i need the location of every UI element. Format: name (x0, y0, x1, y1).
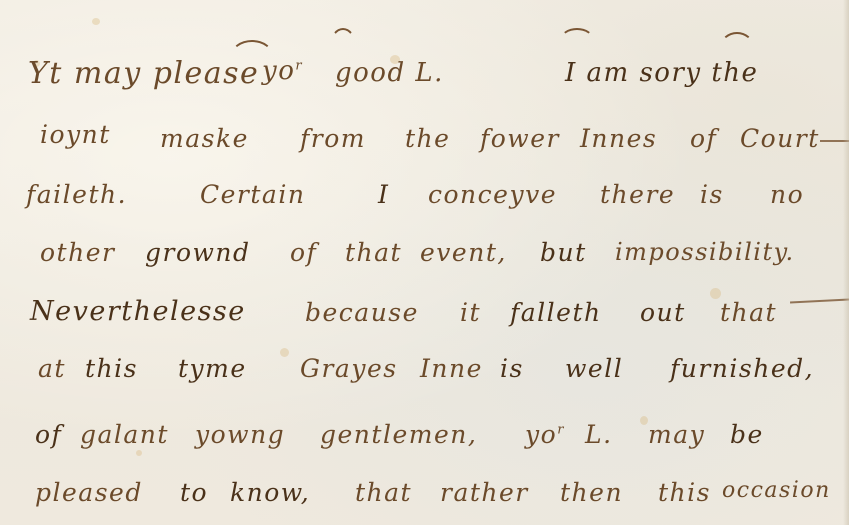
page-edge-shadow (843, 0, 849, 525)
word: of (690, 124, 717, 153)
word: then (560, 478, 623, 507)
line-filler-stroke (790, 298, 849, 303)
foxing-spot (640, 416, 648, 425)
word: Neverthelesse (30, 296, 246, 327)
word: Inne (420, 354, 483, 383)
ascender-flourish (560, 28, 594, 52)
word: Innes (580, 124, 657, 153)
ascender-flourish (230, 40, 274, 74)
word: from (300, 124, 366, 153)
yor-abbrev: yo (525, 420, 557, 449)
yor-superscript: r (295, 58, 303, 73)
line-1-good-lordship: good L. (335, 58, 444, 88)
word: fower (480, 124, 560, 153)
word: know, (230, 478, 310, 507)
word: is (500, 354, 524, 383)
word: no (770, 180, 804, 209)
word: well (565, 354, 623, 383)
word: Certain (200, 180, 305, 209)
word: out (640, 298, 686, 327)
word: occasion (722, 478, 831, 503)
word: of (290, 238, 317, 267)
word: that (720, 298, 777, 327)
word: other (40, 238, 115, 267)
ascender-flourish (720, 32, 754, 62)
line-1-opening: Yt may please (28, 56, 259, 91)
word: gentlemen, (320, 420, 477, 449)
word: that (355, 478, 412, 507)
word: at (38, 354, 66, 383)
word: it (460, 298, 481, 327)
word: is (700, 180, 724, 209)
word: pleased (35, 478, 143, 507)
word: Grayes (300, 354, 398, 383)
word: this (85, 354, 138, 383)
yor-superscript: r (557, 423, 565, 438)
manuscript-page: Yt may please yor good L. I am sory the … (0, 0, 849, 525)
word: this (658, 478, 711, 507)
word: faileth. (26, 180, 127, 209)
word: to (180, 478, 208, 507)
word: be (730, 420, 764, 449)
word: yowng (195, 420, 285, 449)
word: there (600, 180, 675, 209)
word: of (35, 420, 62, 449)
word: may (648, 420, 705, 449)
word: maske (160, 124, 249, 153)
word: but (540, 238, 587, 267)
foxing-spot (92, 18, 100, 25)
word: ioynt (40, 120, 111, 149)
word: Court (740, 124, 820, 153)
word: that (345, 238, 402, 267)
word: the (405, 124, 450, 153)
foxing-spot (136, 450, 142, 456)
word: grownd (145, 238, 251, 267)
word: impossibility. (615, 238, 795, 266)
word: tyme (178, 354, 247, 383)
word: galant (80, 420, 169, 449)
ascender-flourish (330, 28, 356, 62)
foxing-spot (280, 348, 289, 357)
word: because (305, 298, 419, 327)
word: I (378, 180, 389, 209)
word: rather (440, 478, 529, 507)
word: conceyve (428, 180, 557, 209)
word: falleth (510, 298, 602, 327)
word: L. (585, 420, 613, 449)
word: furnished, (670, 354, 814, 383)
word: event, (420, 238, 507, 267)
word: yor (525, 420, 565, 449)
line-1-i-am-sory: I am sory the (565, 58, 758, 88)
